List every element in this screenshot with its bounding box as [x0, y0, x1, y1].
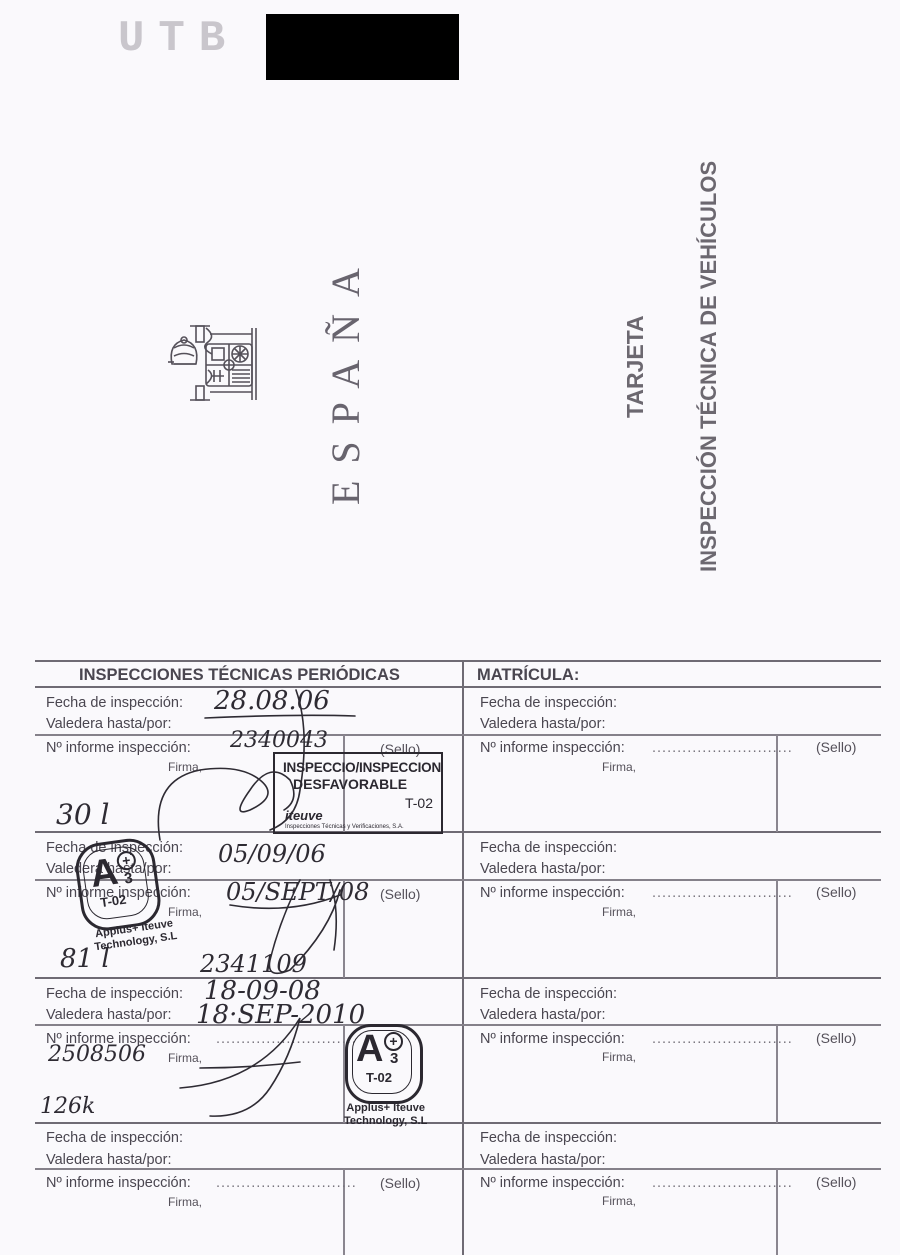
applus-approval-stamp-1: A + 3 T-02 Applus+ Iteuve Technology, S.…: [70, 832, 176, 963]
left-3-informe-dots: ............................: [216, 1031, 357, 1047]
left-4-valedera-label: Valedera hasta/por:: [46, 1152, 171, 1168]
left-3-valedera-label: Valedera hasta/por:: [46, 1007, 171, 1023]
right-3-valedera-label: Valedera hasta/por:: [480, 1007, 605, 1023]
left-3-informe-value[interactable]: 2508506: [48, 1042, 146, 1067]
spain-coat-of-arms-icon: [166, 318, 262, 413]
left-1-annotation: 30 l: [56, 798, 109, 831]
plus-circle-icon: +: [384, 1032, 403, 1051]
left-2-fecha-value[interactable]: 05/09/06: [218, 840, 326, 868]
right-4-firma-label: Firma,: [602, 1194, 636, 1208]
stamp-letter: A: [356, 1028, 383, 1071]
right-2-valedera-label: Valedera hasta/por:: [480, 861, 605, 877]
left-4-fecha-label: Fecha de inspección:: [46, 1130, 183, 1146]
left-4-firma-label: Firma,: [168, 1195, 202, 1209]
right-2-fecha-label: Fecha de inspección:: [480, 840, 617, 856]
right-3-informe-label: Nº informe inspección:: [480, 1031, 625, 1047]
plate-number-header: MATRÍCULA:: [477, 666, 579, 685]
stamp-code: T-02: [405, 795, 433, 811]
right-3-sello-label: (Sello): [816, 1030, 856, 1046]
left-3-fecha-label: Fecha de inspección:: [46, 986, 183, 1002]
stamp-company: Inspecciones Técnicas y Verificaciones, …: [285, 824, 404, 830]
form-top-border: [35, 660, 881, 662]
right-2-firma-label: Firma,: [602, 905, 636, 919]
right-1-firma-label: Firma,: [602, 760, 636, 774]
block-4-inner-line: [35, 1168, 881, 1170]
right-1-fecha-label: Fecha de inspección:: [480, 695, 617, 711]
card-title-line2: INSPECCIÓN TÉCNICA DE VEHÍCULOS: [696, 161, 722, 572]
right-4-valedera-label: Valedera hasta/por:: [480, 1152, 605, 1168]
stamp-number: 3: [390, 1050, 398, 1067]
left-4-informe-label: Nº informe inspección:: [46, 1175, 191, 1191]
left-1-fecha-label: Fecha de inspección:: [46, 695, 183, 711]
left-1-informe-value[interactable]: 2340043: [230, 728, 328, 753]
applus-approval-stamp-2: A + 3 T-02 Applus+ Iteuve Technology, S.…: [340, 1022, 440, 1132]
right-4-informe-dots: ............................: [652, 1175, 793, 1191]
left-4-informe-dots: ............................: [216, 1175, 357, 1191]
left-section-header: INSPECCIONES TÉCNICAS PERIÓDICAS: [79, 666, 400, 685]
form-column-divider: [462, 660, 464, 1255]
stamp-code: T-02: [366, 1070, 392, 1085]
right-4-informe-label: Nº informe inspección:: [480, 1175, 625, 1191]
block-divider-3: [35, 1122, 881, 1124]
block-divider-1: [35, 831, 881, 833]
right-3-informe-dots: ............................: [652, 1031, 793, 1047]
right-2-sello-label: (Sello): [816, 884, 856, 900]
left-2-sello-label: (Sello): [380, 886, 420, 902]
stamp-company-line2: Technology, S.L: [344, 1115, 427, 1128]
document-serial-code: UTB: [118, 14, 239, 64]
block-1-inner-line: [35, 734, 881, 736]
card-subtitle: INSPECCIÓN TÉCNICA DE VEHÍCULOS: [696, 572, 900, 598]
redacted-area: [266, 14, 459, 80]
right-3-fecha-label: Fecha de inspección:: [480, 986, 617, 1002]
stamp-line1: INSPECCIO/INSPECCION: [283, 760, 441, 775]
right-4-fecha-label: Fecha de inspección:: [480, 1130, 617, 1146]
right-1-informe-dots: ............................: [652, 740, 793, 756]
card-title-line1: TARJETA: [622, 315, 649, 418]
left-4-sello-label: (Sello): [380, 1175, 420, 1191]
iteuve-logo-icon: iteuve: [285, 808, 323, 823]
left-1-valedera-label: Valedera hasta/por:: [46, 716, 171, 732]
right-2-informe-dots: ............................: [652, 885, 793, 901]
block-divider-2: [35, 977, 881, 979]
right-1-sello-label: (Sello): [816, 739, 856, 755]
right-1-valedera-label: Valedera hasta/por:: [480, 716, 605, 732]
right-1-informe-label: Nº informe inspección:: [480, 740, 625, 756]
form-header-border: [35, 686, 881, 688]
right-2-informe-label: Nº informe inspección:: [480, 885, 625, 901]
stamp-letter: A: [88, 851, 121, 897]
stamp-company-line1: Applus+ Iteuve: [344, 1102, 427, 1115]
left-1-firma-label: Firma,: [168, 760, 202, 774]
left-3-firma-label: Firma,: [168, 1051, 202, 1065]
block-3-inner-line: [35, 1024, 881, 1026]
left-3-annotation: 126k: [40, 1094, 95, 1119]
stamp-company: Applus+ Iteuve Technology, S.L: [344, 1102, 427, 1128]
left-1-informe-label: Nº informe inspección:: [46, 740, 191, 756]
stamp-line2: DESFAVORABLE: [293, 776, 407, 792]
country-title: ESPAÑA: [322, 505, 576, 552]
right-3-firma-label: Firma,: [602, 1050, 636, 1064]
country-title-text: ESPAÑA: [322, 251, 369, 505]
left-1-fecha-value[interactable]: 28.08.06: [214, 686, 330, 716]
left-2-extra-value[interactable]: 2341109: [200, 950, 307, 978]
right-4-sello-label: (Sello): [816, 1174, 856, 1190]
left-2-informe-value[interactable]: 05/SEPT/08: [226, 878, 369, 906]
unfavorable-inspection-stamp: INSPECCIO/INSPECCION DESFAVORABLE T-02 i…: [273, 752, 443, 834]
